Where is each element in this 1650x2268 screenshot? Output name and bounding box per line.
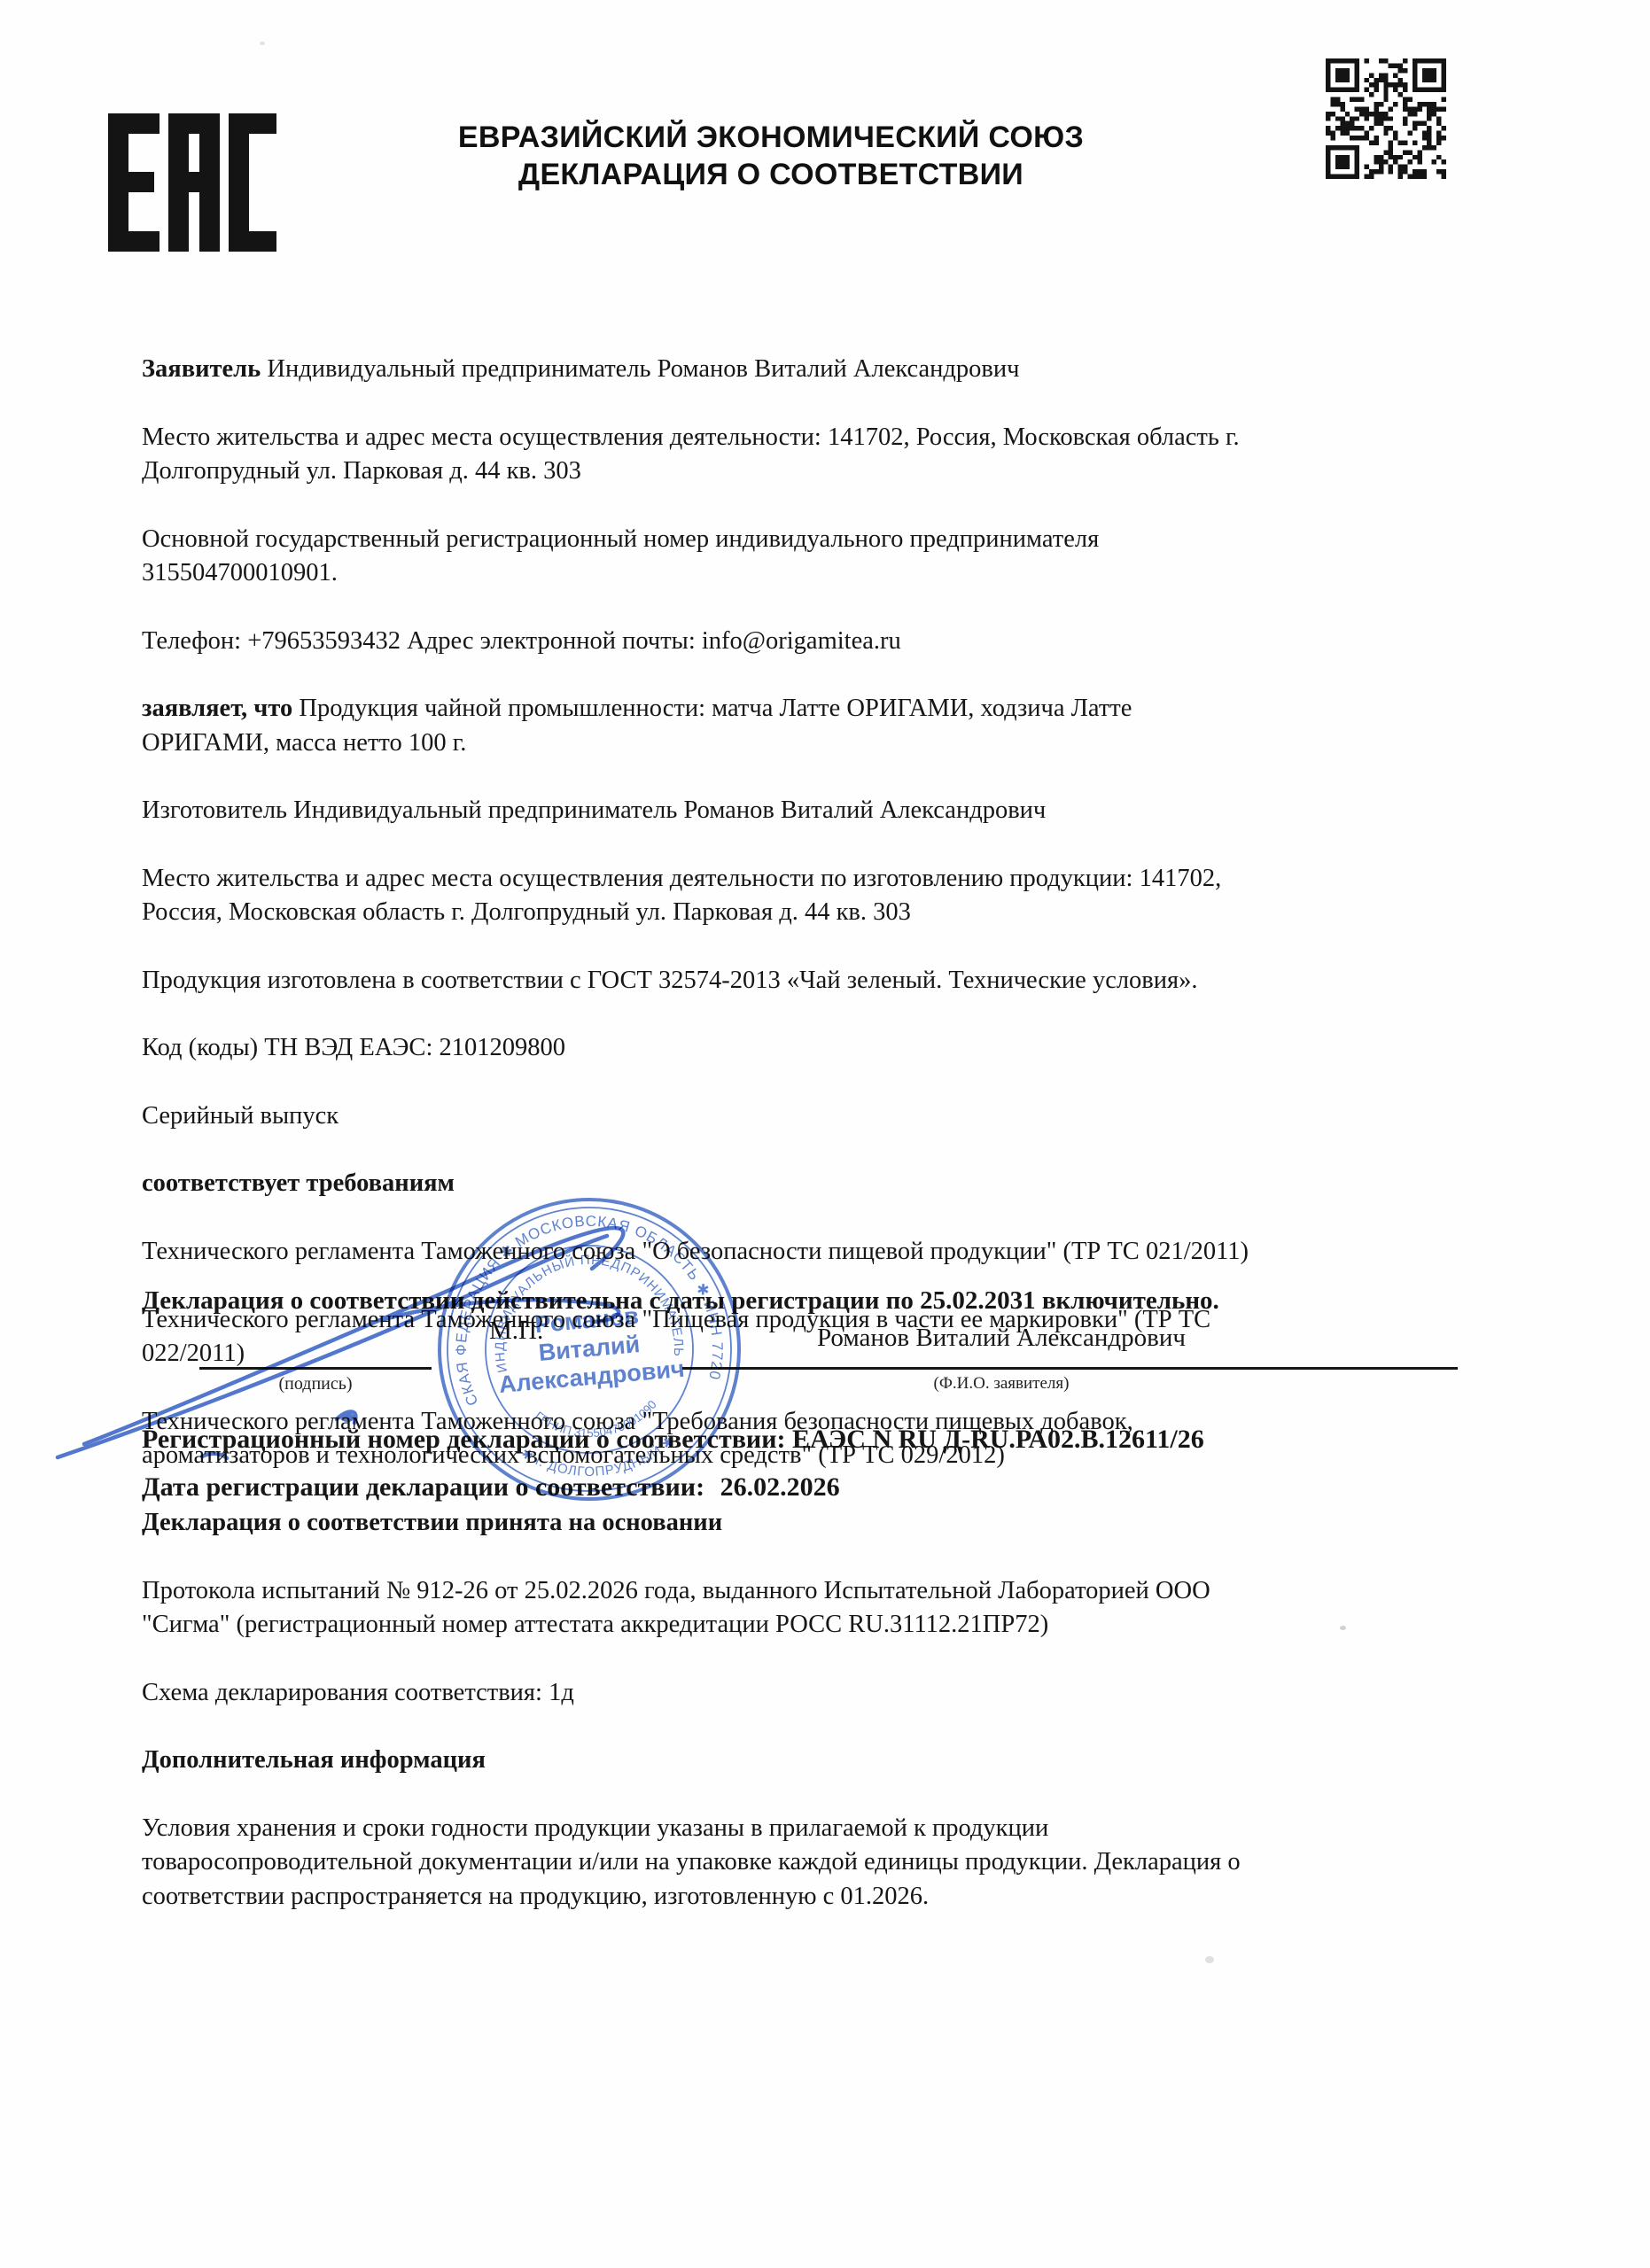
paragraph-lead: заявляет, что <box>142 695 292 722</box>
body-paragraph: Основной государственный регистрационный… <box>142 523 1489 591</box>
applicant-name-line <box>682 1367 1458 1370</box>
body-paragraph: Дополнительная информация <box>142 1744 1489 1777</box>
body-paragraph: Продукция изготовлена в соответствии с Г… <box>142 964 1489 998</box>
paragraph-text: Изготовитель Индивидуальный предпринимат… <box>142 796 1046 824</box>
paragraph-text: Место жительства и адрес места осуществл… <box>142 865 1221 926</box>
paragraph-text: Основной государственный регистрационный… <box>142 525 1099 586</box>
paragraph-lead: Декларация о соответствии принята на осн… <box>142 1509 722 1536</box>
qr-code <box>1326 58 1446 179</box>
scan-artifact <box>260 42 265 45</box>
paragraph-text: Схема декларирования соответствия: 1д <box>142 1679 574 1706</box>
paragraph-text: Продукция изготовлена в соответствии с Г… <box>142 967 1198 994</box>
body-paragraph: Условия хранения и сроки годности продук… <box>142 1812 1489 1914</box>
body-paragraph: Код (коды) ТН ВЭД ЕАЭС: 2101209800 <box>142 1031 1489 1065</box>
paragraph-text: Код (коды) ТН ВЭД ЕАЭС: 2101209800 <box>142 1034 565 1061</box>
body-paragraph: Место жительства и адрес места осуществл… <box>142 862 1489 930</box>
paragraph-text: Серийный выпуск <box>142 1102 339 1130</box>
body-paragraph: Схема декларирования соответствия: 1д <box>142 1676 1489 1710</box>
handwritten-signature <box>35 1187 709 1480</box>
paragraph-text: Индивидуальный предприниматель Романов В… <box>261 355 1019 383</box>
body-paragraph: Протокола испытаний № 912-26 от 25.02.20… <box>142 1574 1489 1643</box>
registration-number-value: ЕАЭС N RU Д-RU.РА02.В.12611/26 <box>792 1425 1204 1454</box>
applicant-name: Романов Виталий Александрович <box>815 1324 1187 1353</box>
qr-code-image <box>1326 58 1446 179</box>
scan-artifact <box>1340 1626 1346 1630</box>
body-paragraph: Серийный выпуск <box>142 1099 1489 1133</box>
eac-logo <box>108 113 276 252</box>
signature-ink-blot <box>340 1413 354 1422</box>
scan-artifact <box>1205 1956 1214 1963</box>
document-title: ЕВРАЗИЙСКИЙ ЭКОНОМИЧЕСКИЙ СОЮЗ ДЕКЛАРАЦИ… <box>301 119 1241 193</box>
declaration-document: ЕВРАЗИЙСКИЙ ЭКОНОМИЧЕСКИЙ СОЮЗ ДЕКЛАРАЦИ… <box>0 0 1650 2268</box>
body-paragraph: Место жительства и адрес места осуществл… <box>142 421 1489 489</box>
body-paragraph: Телефон: +79653593432 Адрес электронной … <box>142 625 1489 658</box>
applicant-name-caption: (Ф.И.О. заявителя) <box>815 1374 1187 1394</box>
body-paragraph: Декларация о соответствии принята на осн… <box>142 1506 1489 1540</box>
body-paragraph: Изготовитель Индивидуальный предпринимат… <box>142 794 1489 827</box>
body-paragraph: заявляет, что Продукция чайной промышлен… <box>142 692 1489 760</box>
body-paragraph: Заявитель Индивидуальный предприниматель… <box>142 353 1489 386</box>
paragraph-text: Место жительства и адрес места осуществл… <box>142 423 1240 485</box>
paragraph-text: Протокола испытаний № 912-26 от 25.02.20… <box>142 1577 1210 1638</box>
paragraph-lead: Дополнительная информация <box>142 1746 486 1774</box>
declaration-body: Заявитель Индивидуальный предприниматель… <box>142 319 1489 1947</box>
paragraph-lead: Заявитель <box>142 355 261 383</box>
title-line-2: ДЕКЛАРАЦИЯ О СООТВЕТСТВИИ <box>301 156 1241 193</box>
paragraph-text: Условия хранения и сроки годности продук… <box>142 1814 1241 1910</box>
paragraph-text: Телефон: +79653593432 Адрес электронной … <box>142 627 901 655</box>
title-line-1: ЕВРАЗИЙСКИЙ ЭКОНОМИЧЕСКИЙ СОЮЗ <box>301 119 1241 156</box>
